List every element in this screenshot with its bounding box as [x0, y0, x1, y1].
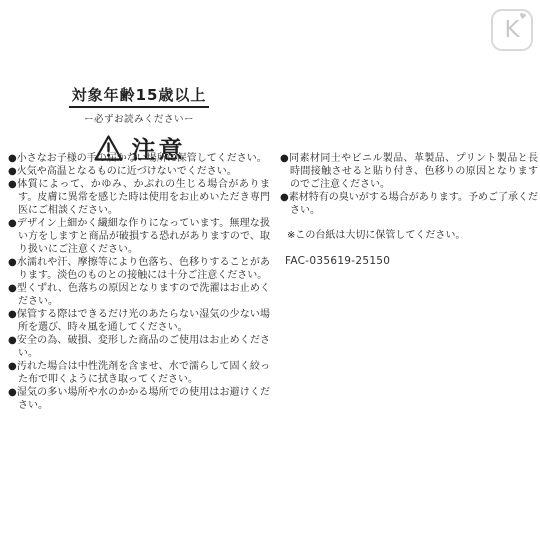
care-instruction-item: ●火気や高温となるものに近づけないでください。 [8, 165, 270, 178]
care-instruction-item: ●デザイン上細かく繊細な作りになっています。無理な扱い方をしますと商品が破損する… [8, 217, 270, 256]
read-note: ー必ずお読みくださいー [8, 111, 270, 125]
care-instruction-item: ●水濡れや汗、摩擦等により色落ち、色移りすることがあります。淡色のものとの接触に… [8, 256, 270, 282]
product-code: FAC-035619-25150 [285, 255, 538, 268]
k-heart-watermark-logo: K ♥ [491, 9, 533, 51]
keep-card-note: ※この台紙は大切に保管してください。 [287, 229, 538, 242]
heart-icon: ♥ [518, 12, 527, 21]
care-instructions-left-column: ●小さなお子様の手の届かない場所に保管してください。 ●火気や高温となるものに近… [8, 152, 270, 412]
care-instruction-item: ●体質によって、かゆみ、かぶれの生じる場合があります。皮膚に異常を感じた時は使用… [8, 178, 270, 217]
care-instruction-item: ●安全の為、破損、変形した商品のご使用はお止めください。 [8, 334, 270, 360]
care-instruction-item: ●汚れた場合は中性洗剤を含ませ、水で濡らして固く絞った布で叩くように拭き取ってく… [8, 360, 270, 386]
age-restriction-label: 対象年齢15歳以上 [69, 84, 210, 108]
care-instruction-item: ●同素材同士やビニル製品、革製品、プリント製品と長時間接触させると貼り付き、色移… [280, 152, 538, 191]
care-instruction-item: ●保管する際はできるだけ光のあたらない湿気の少ない場所を選び、時々風を通してくだ… [8, 308, 270, 334]
care-instruction-item: ●小さなお子様の手の届かない場所に保管してください。 [8, 152, 270, 165]
care-instruction-item: ●素材特有の臭いがする場合があります。予めご了承ください。 [280, 191, 538, 217]
care-instructions-right-column: ●同素材同士やビニル製品、革製品、プリント製品と長時間接触させると貼り付き、色移… [280, 152, 538, 268]
care-instruction-item: ●型くずれ、色落ちの原因となりますので洗濯はお止めください。 [8, 282, 270, 308]
care-instruction-item: ●湿気の多い場所や水のかかる場所での使用はお避けください。 [8, 386, 270, 412]
caution-sheet: K ♥ 対象年齢15歳以上 ー必ずお読みくださいー 注意 ●小さなお子様の手の届… [0, 0, 540, 540]
